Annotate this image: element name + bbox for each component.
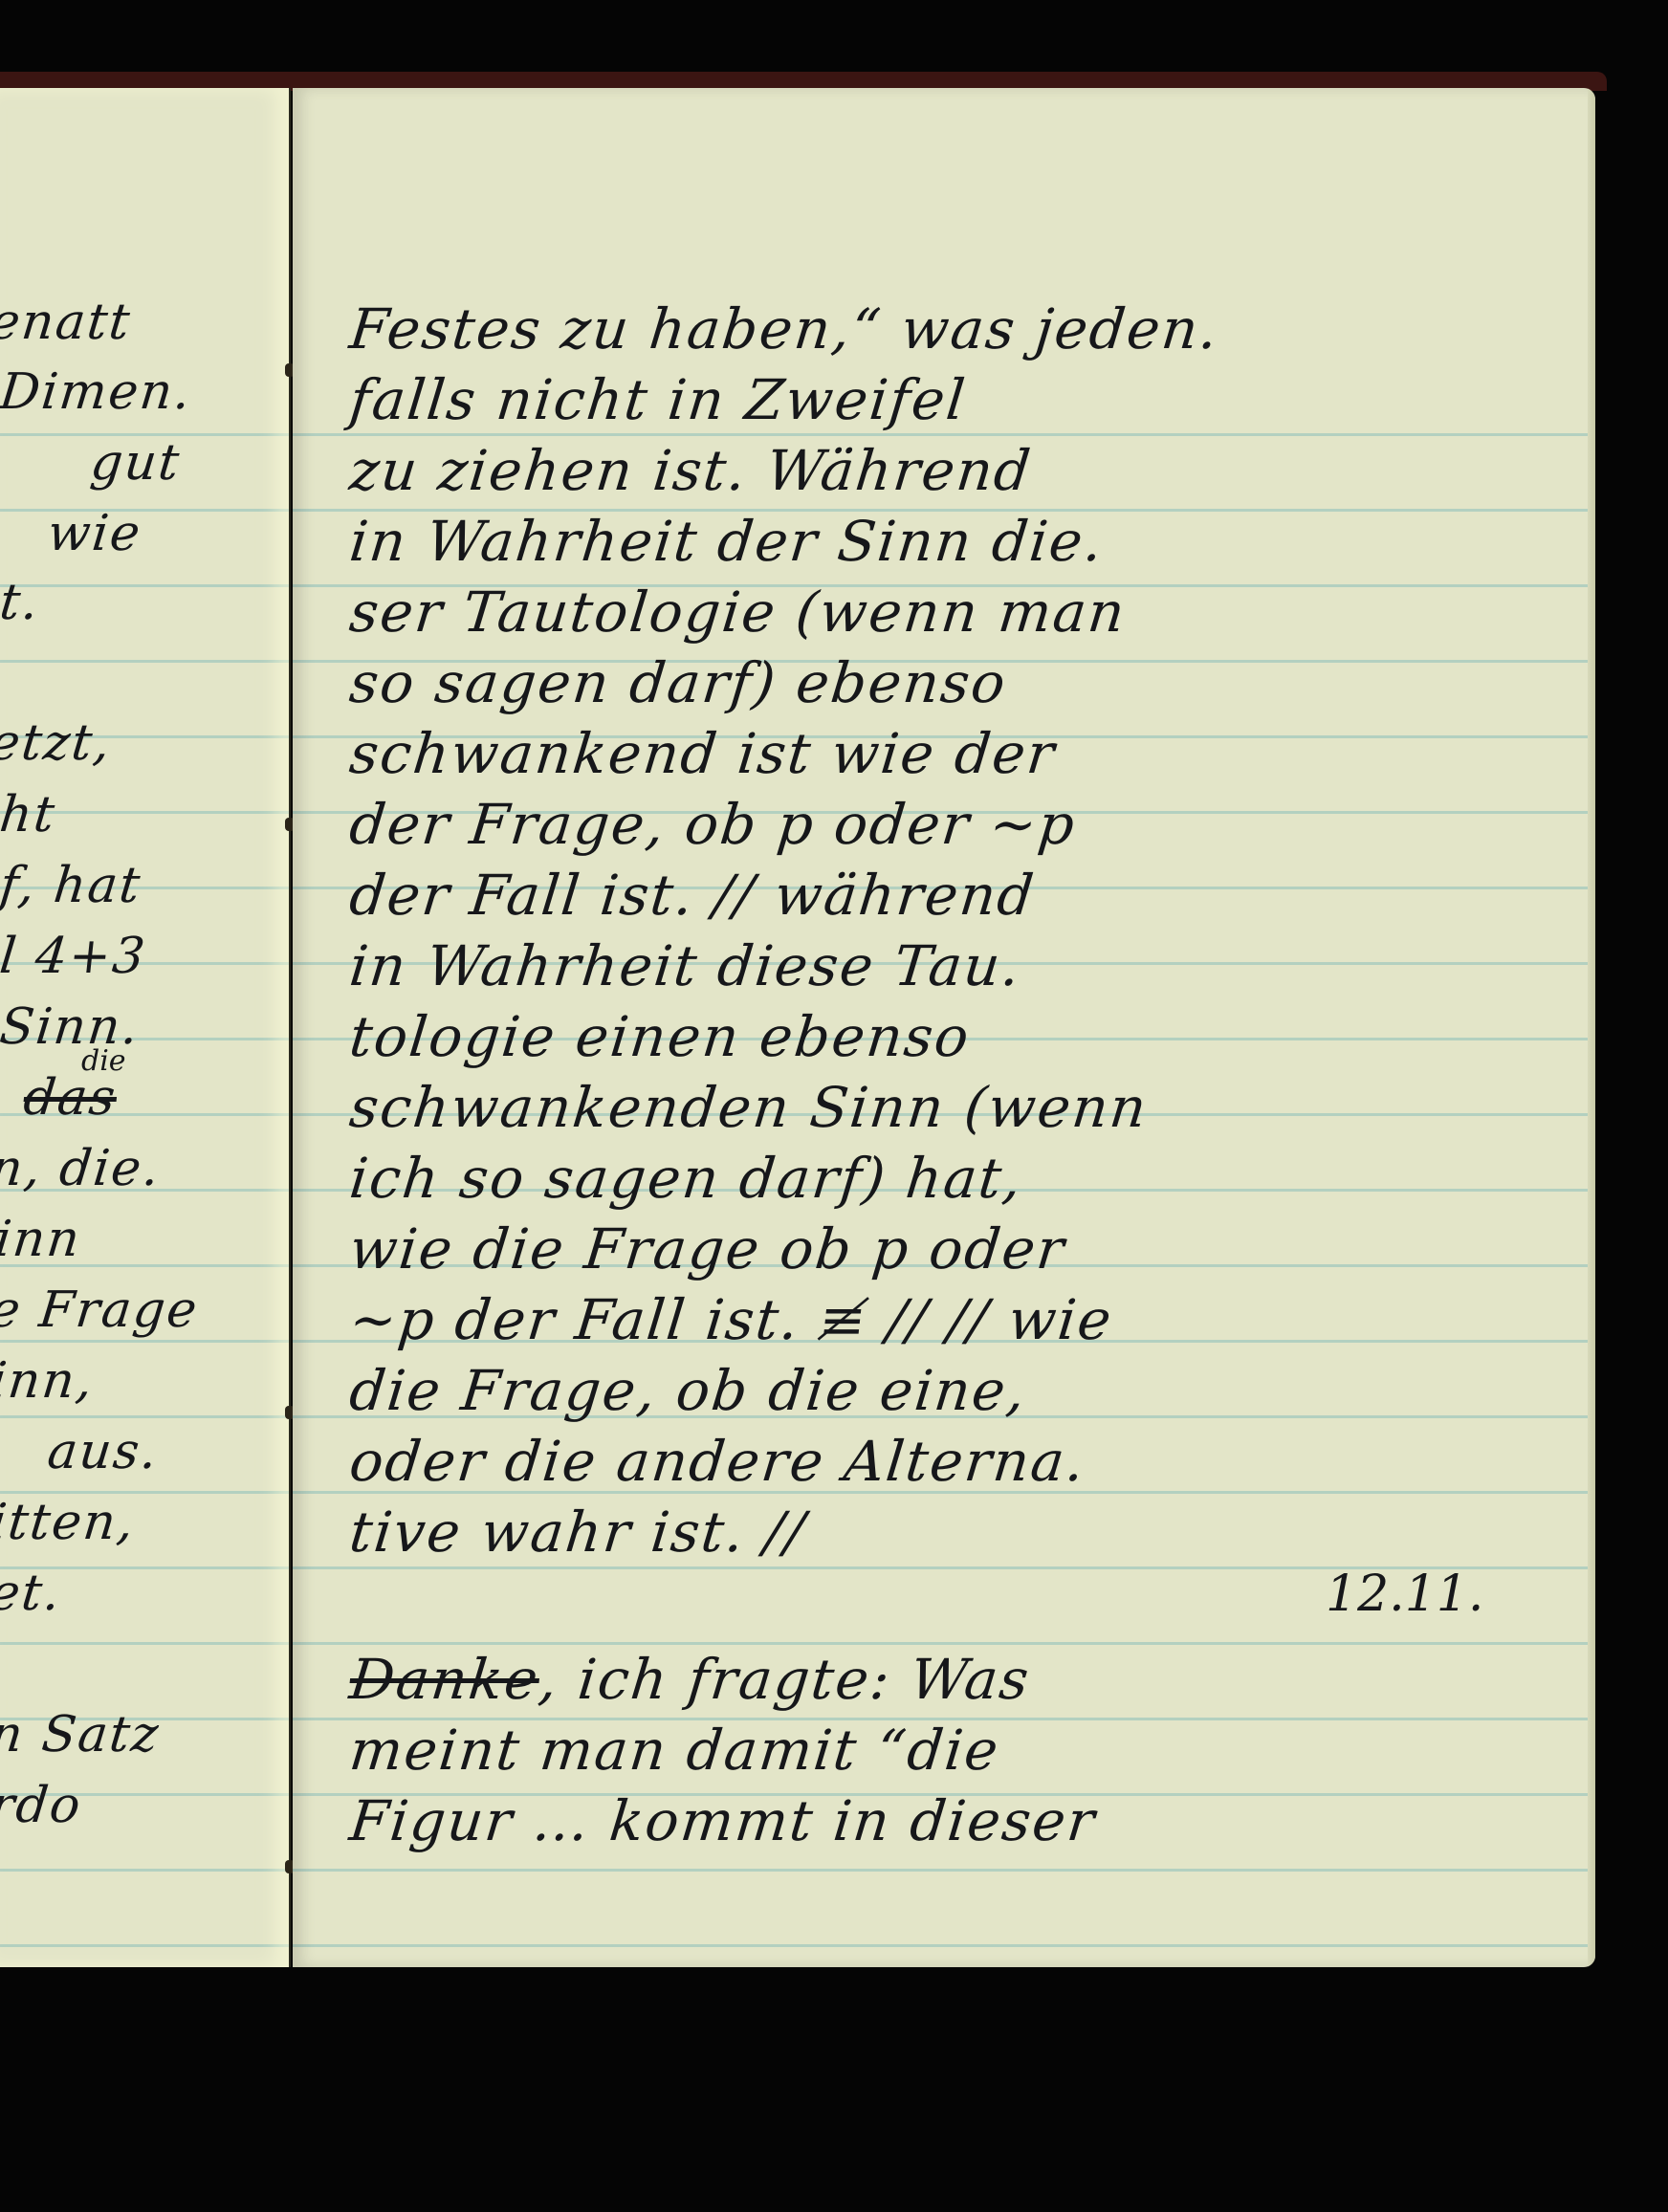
text-line: so sagen darf) ebenso [346,650,1010,715]
line-text: meint man damit “die [346,1718,1002,1783]
text-line: oder die andere Alterna. [346,1429,1088,1494]
text-line: zu ziehen ist. Während [346,438,1035,503]
entry-date: 12.11. [1326,1566,1483,1623]
line-text: , ich fragte: Was [536,1647,1033,1712]
text-line: meint man damit “die [346,1718,1002,1783]
text-line: der Fall ist. // während [346,863,1038,928]
text-line: die Frage, ob die eine, [346,1358,1029,1423]
left-fragment: f, hat [0,857,144,914]
text-line: tive wahr ist. // [346,1500,809,1565]
left-fragment: inn, [0,1352,97,1410]
left-fragment: inn [0,1211,84,1268]
left-fragment: aus. [45,1423,162,1480]
left-fragment: etzt, [0,714,115,772]
left-fragment: et. [0,1565,64,1622]
left-fragment: enatt [0,294,134,351]
left-fragment-struck: das [21,1069,120,1127]
text-line: Figur … kommt in dieser [346,1788,1099,1853]
left-fragment: n Satz [0,1706,163,1763]
text-line: ich so sagen darf) hat, [346,1146,1025,1211]
text-line: wie die Frage ob p oder [346,1216,1068,1281]
text-line: in Wahrheit diese Tau. [346,933,1024,998]
left-fragment: t. [0,574,43,631]
left-fragment: wie [45,505,144,562]
left-fragment: l 4+3 [0,928,149,985]
text-line: in Wahrheit der Sinn die. [346,509,1107,574]
text-line: falls nicht in Zweifel [346,367,969,432]
text-line: schwankend ist wie der [346,721,1059,786]
text-line: ~p der Fall ist. ≢ // // wie [346,1287,1115,1352]
text-line: tologie einen ebenso [346,1004,973,1069]
right-page: Festes zu haben,“ was jeden. falls nicht… [293,88,1595,1967]
left-fragment: Dimen. [0,363,195,421]
text-line: der Frage, ob p oder ~p [346,792,1079,857]
left-fragment: rdo [0,1777,85,1834]
left-fragment: itten, [0,1494,138,1551]
line-text: Figur … kommt in dieser [346,1788,1099,1853]
left-fragment: gut [88,434,184,492]
left-page: enatt Dimen. gut wie t. etzt, ht f, hat … [0,88,291,1967]
left-fragment: ht [0,786,59,843]
left-fragment: n, die. [0,1140,164,1197]
text-line: Festes zu haben,“ was jeden. [346,296,1222,361]
text-line: schwankenden Sinn (wenn [346,1075,1151,1140]
left-fragment: e Frage [0,1281,201,1339]
text-line: Danke, ich fragte: Was [346,1647,1033,1712]
struck-word: Danke [346,1647,542,1712]
text-line: ser Tautologie (wenn man [346,580,1129,645]
